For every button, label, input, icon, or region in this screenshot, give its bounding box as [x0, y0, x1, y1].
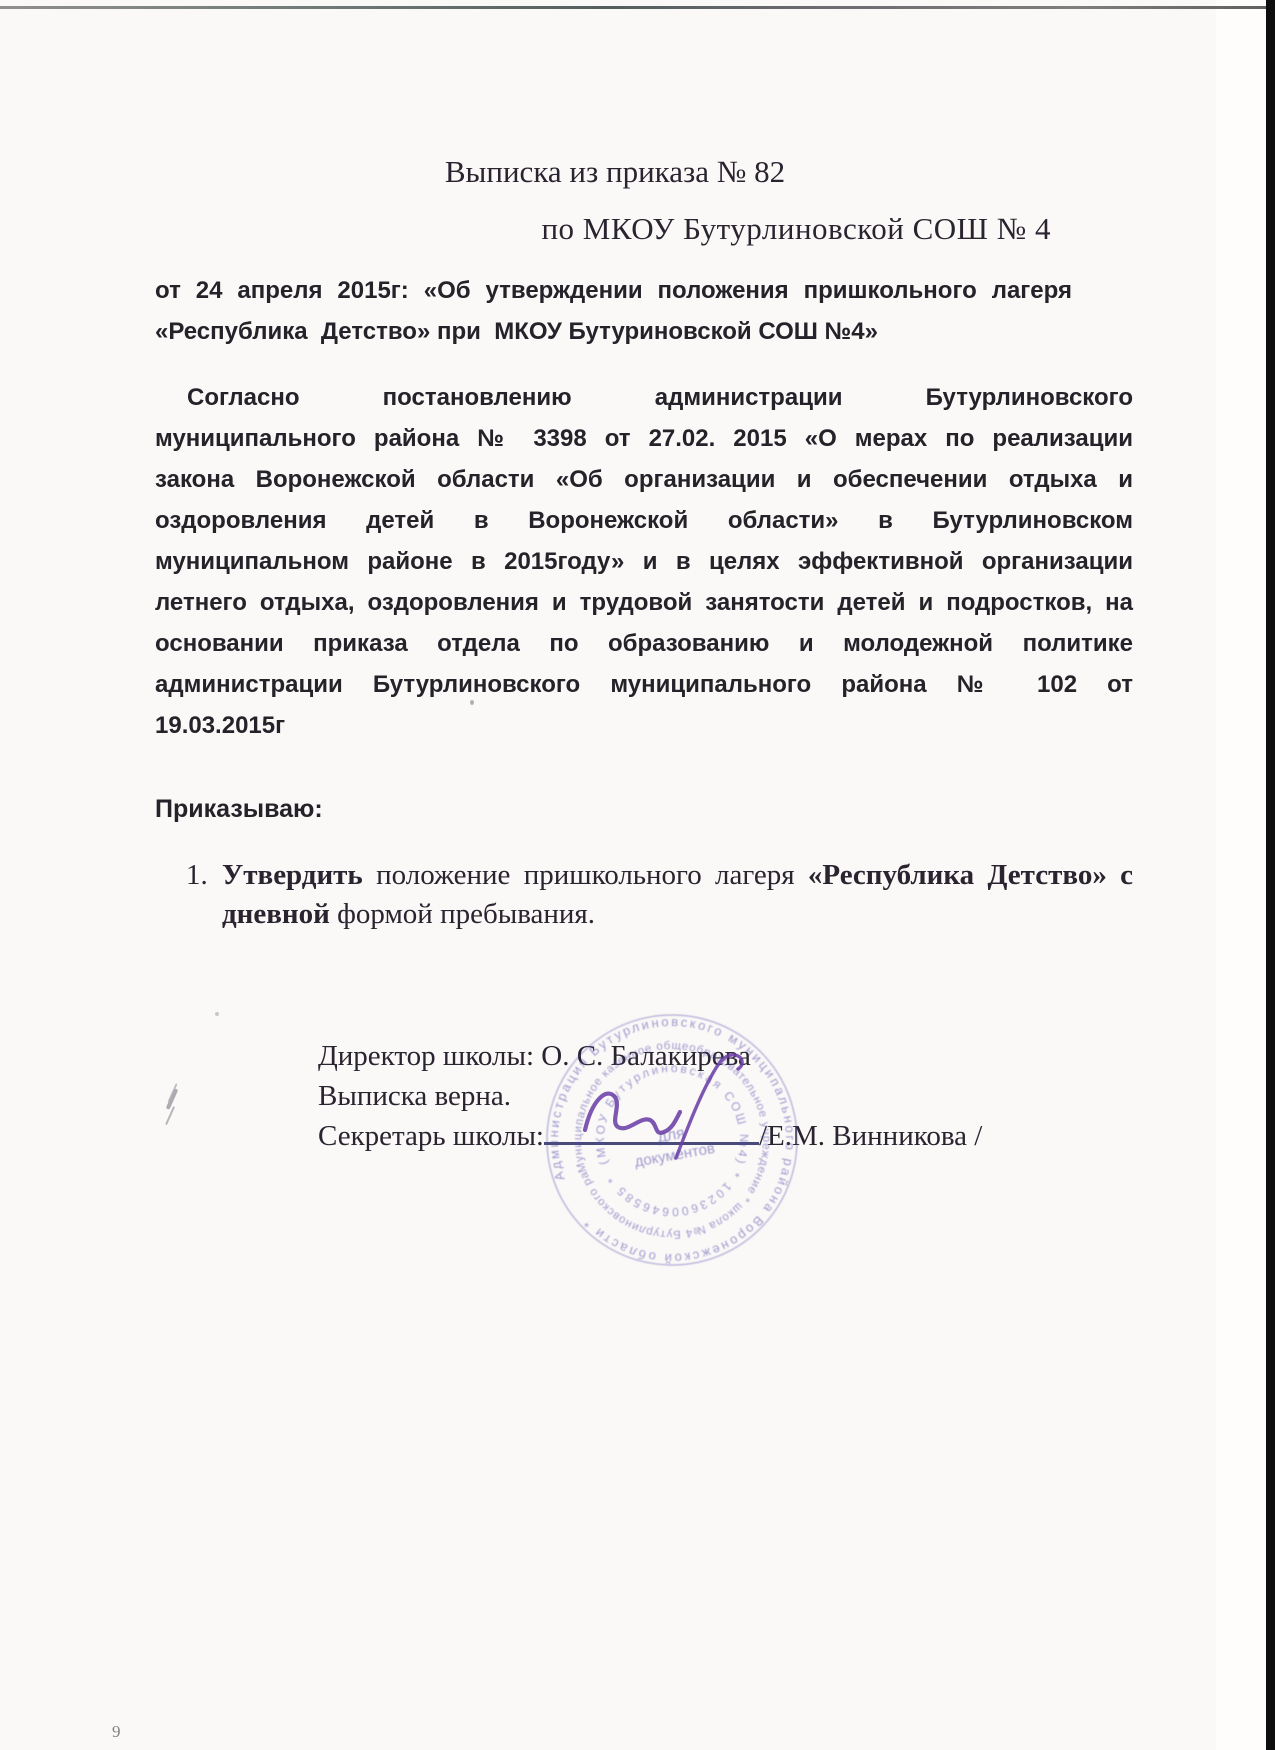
scanned-document-page: { "header": { "title_line1": "Выписка из… — [0, 0, 1275, 1750]
order-item-1: 1. Утвердить положение пришкольного лаге… — [186, 856, 1133, 934]
body-line: муниципальном районе в 2015году» и в цел… — [155, 541, 1133, 582]
order-subject-paragraph: от 24 апреля 2015г: «Об утверждении поло… — [155, 270, 1072, 352]
body-line: основании приказа отдела по образованию … — [155, 623, 1133, 664]
order-item-number: 1. — [186, 856, 222, 934]
order-item-text: Утвердить положение пришкольного лагеря … — [222, 856, 1133, 934]
document-title: Выписка из приказа № 82 — [0, 154, 1230, 190]
order-item-text-part: «Республика Детство» с — [808, 859, 1133, 891]
body-line: оздоровления детей в Воронежской области… — [155, 500, 1133, 541]
subject-line: «Республика Детство» при МКОУ Бутуриновс… — [155, 311, 1072, 352]
paper-edge-highlight — [1216, 0, 1266, 1750]
sig-secretary-line: Секретарь школы:/Е.М. Винникова / — [318, 1116, 1078, 1156]
order-item-line: Утвердить положение пришкольного лагеря … — [222, 856, 1133, 895]
signature-block: Директор школы: О. С. Балакирева Выписка… — [318, 1036, 1078, 1156]
body-line: администрации Бутурлиновского муниципаль… — [155, 664, 1133, 705]
order-command-word: Приказываю: — [155, 795, 323, 824]
signature-underline — [544, 1136, 759, 1145]
sig-director-line: Директор школы: О. С. Балакирева — [318, 1036, 1078, 1076]
order-item-text-part: дневной — [222, 898, 330, 930]
order-item-line: дневной формой пребывания. — [222, 895, 1133, 934]
order-item-text-part: положение пришкольного лагеря — [363, 859, 808, 891]
paper-sheet: Выписка из приказа № 82 по МКОУ Бутурлин… — [0, 0, 1266, 1750]
scan-speck: 9 — [112, 1722, 121, 1742]
sig-secretary-name: /Е.М. Винникова / — [759, 1120, 982, 1152]
scan-speck — [215, 1012, 219, 1016]
body-line: закона Воронежской области «Об организац… — [155, 459, 1133, 500]
subject-line: от 24 апреля 2015г: «Об утверждении поло… — [155, 270, 1072, 311]
order-body-paragraph: Согласно постановлению администрации Бут… — [155, 377, 1133, 746]
sig-secretary-label: Секретарь школы: — [318, 1120, 544, 1152]
order-item-text-part: формой пребывания. — [330, 898, 595, 930]
order-item-text-part: Утвердить — [222, 859, 363, 891]
body-line: 19.03.2015г — [155, 705, 1133, 746]
body-line: летнего отдыха, оздоровления и трудовой … — [155, 582, 1133, 623]
scan-speck — [166, 1088, 179, 1110]
body-line: Согласно постановлению администрации Бут… — [155, 377, 1133, 418]
body-line: муниципального района № 3398 от 27.02. 2… — [155, 418, 1133, 459]
sig-verified-line: Выписка верна. — [318, 1076, 1078, 1116]
document-subtitle: по МКОУ Бутурлиновской СОШ № 4 — [541, 211, 1051, 247]
scan-edge-line — [0, 6, 1266, 9]
